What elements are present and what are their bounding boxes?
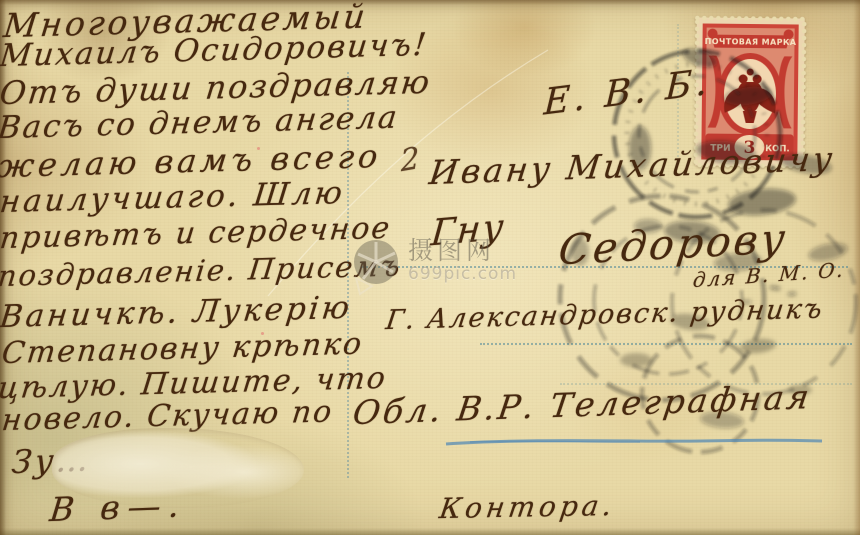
stray-flourish: 2	[400, 141, 420, 180]
postcard-photo: Многоуважаемый Михаилъ Осидоровичъ! Отъ …	[0, 0, 860, 535]
address-dotted-line-2	[480, 343, 852, 345]
stamp-header-text: ПОЧТОВАЯ МАРКА	[705, 37, 797, 47]
damage-patch	[52, 428, 304, 508]
title-word: Гну	[429, 207, 507, 255]
office-line-2: Контора.	[437, 489, 618, 525]
